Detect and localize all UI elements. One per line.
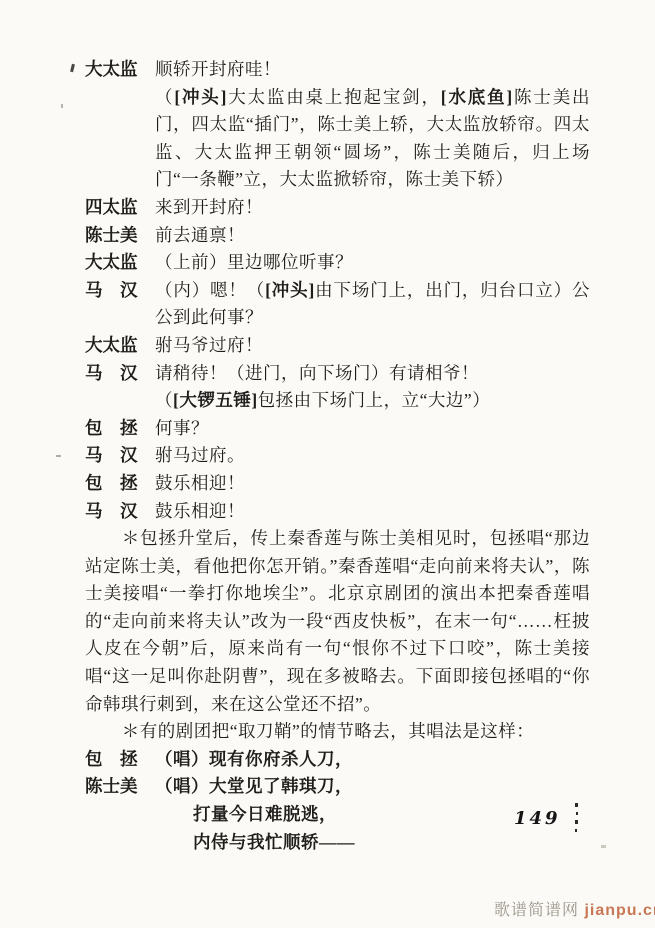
watermark: 歌谱简谱网 jianpu.cn bbox=[494, 897, 655, 920]
line-text: 前去通禀！ bbox=[155, 222, 590, 250]
script-line: 马 汉 （内）嗯！（[冲头]由下场门上，出门，归台口立）公公到此何事？ bbox=[85, 277, 590, 332]
script-line: 马 汉 请稍待！（进门，向下场门）有请相爷！ bbox=[85, 360, 590, 388]
watermark-site-name: 歌谱简谱网 bbox=[494, 902, 579, 919]
book-page: 大太监 顺轿开封府哇！ （[冲头]大太监由桌上抱起宝剑，[水底鱼]陈士美出门，四… bbox=[0, 0, 655, 928]
scan-artifact bbox=[70, 64, 75, 72]
stage-direction-text: （[大锣五锤]包拯由下场门上，立“大边”） bbox=[155, 387, 590, 415]
sung-line-continuation: 内侍与我忙顺轿—— bbox=[193, 829, 590, 857]
script-line: 大太监 顺轿开封府哇！ bbox=[85, 56, 590, 84]
sung-line-text: （唱）大堂见了韩琪刀， bbox=[155, 773, 590, 801]
line-text: 何事？ bbox=[155, 415, 590, 443]
scan-artifact-dots bbox=[575, 803, 578, 832]
script-line: 马 汉 鼓乐相迎！ bbox=[85, 498, 590, 526]
line-text: 来到开封府！ bbox=[155, 194, 590, 222]
speaker-label: 包 拯 bbox=[85, 415, 155, 443]
script-line: 陈士美 前去通禀！ bbox=[85, 222, 590, 250]
speaker-label: 大太监 bbox=[85, 332, 155, 360]
script-text-block: 大太监 顺轿开封府哇！ （[冲头]大太监由桌上抱起宝剑，[水底鱼]陈士美出门，四… bbox=[85, 56, 590, 856]
speaker-label: 马 汉 bbox=[85, 498, 155, 526]
speaker-label: 马 汉 bbox=[85, 360, 155, 388]
line-text: 鼓乐相迎！ bbox=[155, 470, 590, 498]
script-line: 包 拯 何事？ bbox=[85, 415, 590, 443]
speaker-label: 大太监 bbox=[85, 249, 155, 277]
stage-direction: （[大锣五锤]包拯由下场门上，立“大边”） bbox=[85, 387, 590, 415]
stage-direction-text: （[冲头]大太监由桌上抱起宝剑，[水底鱼]陈士美出门，四太监“插门”，陈士美上轿… bbox=[155, 84, 590, 194]
speaker-label: 四太监 bbox=[85, 194, 155, 222]
speaker-label: 马 汉 bbox=[85, 277, 155, 332]
stage-direction: （[冲头]大太监由桌上抱起宝剑，[水底鱼]陈士美出门，四太监“插门”，陈士美上轿… bbox=[85, 84, 590, 194]
line-text: 请稍待！（进门，向下场门）有请相爷！ bbox=[155, 360, 590, 388]
sung-line-text: （唱）现有你府杀人刀， bbox=[155, 746, 590, 774]
speaker-label: 大太监 bbox=[85, 56, 155, 84]
line-text: 驸马过府。 bbox=[155, 442, 590, 470]
speaker-label: 包 拯 bbox=[85, 746, 155, 774]
sung-line: 包 拯 （唱）现有你府杀人刀， bbox=[85, 746, 590, 774]
script-line: 大太监 （上前）里边哪位听事？ bbox=[85, 249, 590, 277]
line-text: （内）嗯！（[冲头]由下场门上，出门，归台口立）公公到此何事？ bbox=[155, 277, 590, 332]
scan-artifact bbox=[601, 845, 606, 848]
watermark-site-url: jianpu.cn bbox=[584, 902, 655, 919]
speaker-label: 陈士美 bbox=[85, 773, 155, 801]
line-text: 驸马爷过府！ bbox=[155, 332, 590, 360]
footnote-paragraph: ＊包拯升堂后，传上秦香莲与陈士美相见时，包拯唱“那边站定陈士美，看他把你怎开销。… bbox=[85, 525, 590, 718]
scan-artifact bbox=[56, 455, 61, 457]
speaker-label bbox=[85, 387, 155, 415]
line-text: 顺轿开封府哇！ bbox=[155, 56, 590, 84]
scan-artifact bbox=[61, 104, 63, 108]
script-line: 四太监 来到开封府！ bbox=[85, 194, 590, 222]
sung-line: 陈士美 （唱）大堂见了韩琪刀， bbox=[85, 773, 590, 801]
speaker-label: 陈士美 bbox=[85, 222, 155, 250]
script-line: 包 拯 鼓乐相迎！ bbox=[85, 470, 590, 498]
speaker-label bbox=[85, 84, 155, 194]
speaker-label: 马 汉 bbox=[85, 442, 155, 470]
line-text: （上前）里边哪位听事？ bbox=[155, 249, 590, 277]
footnote-paragraph: ＊有的剧团把“取刀鞘”的情节略去，其唱法是这样： bbox=[85, 718, 590, 746]
line-text: 鼓乐相迎！ bbox=[155, 498, 590, 526]
script-line: 马 汉 驸马过府。 bbox=[85, 442, 590, 470]
script-line: 大太监 驸马爷过府！ bbox=[85, 332, 590, 360]
speaker-label: 包 拯 bbox=[85, 470, 155, 498]
page-number: 149 bbox=[514, 808, 561, 829]
